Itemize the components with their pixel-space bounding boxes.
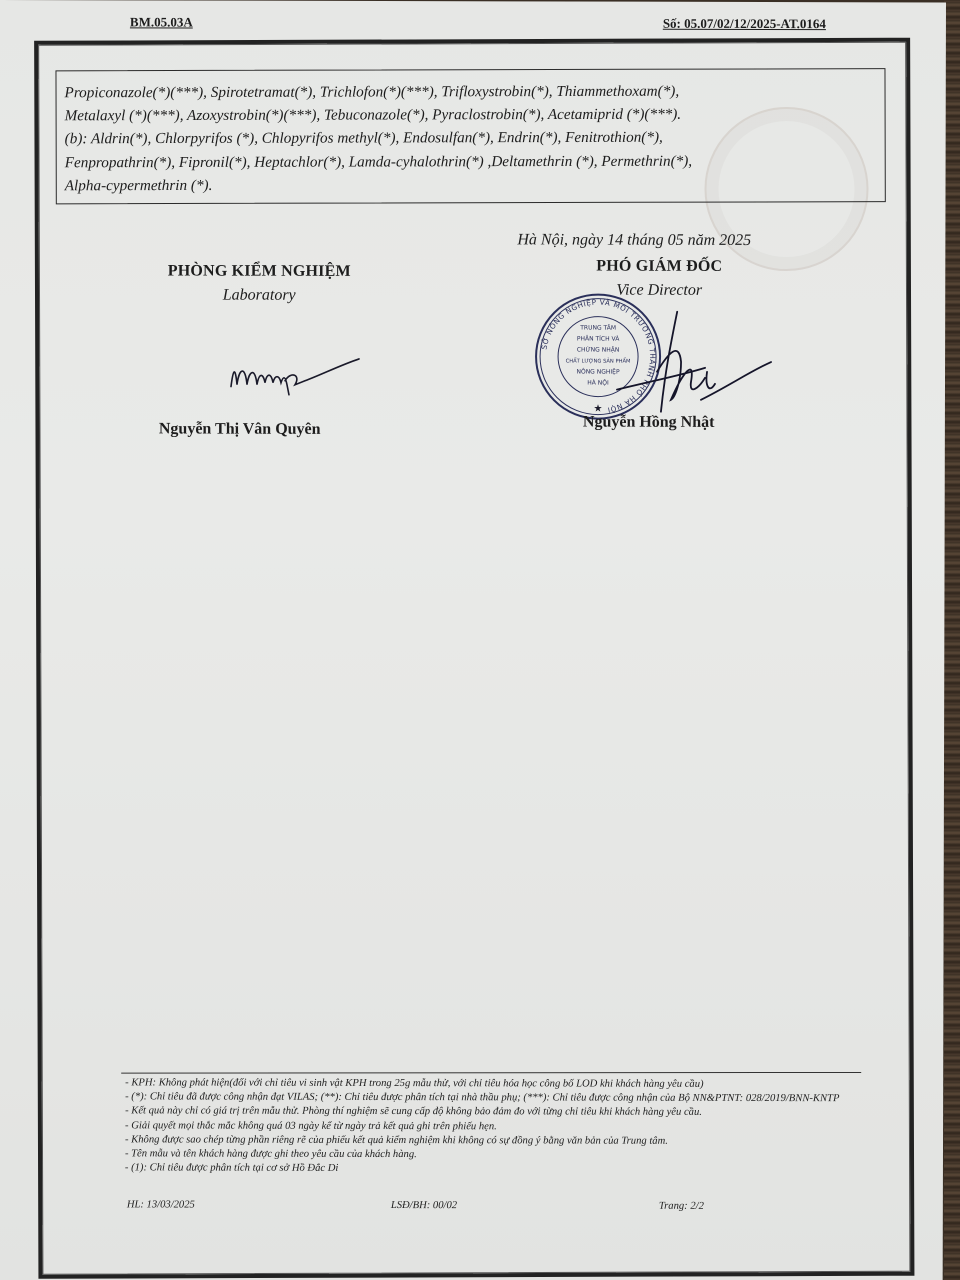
effective-date: HL: 13/03/2025: [127, 1199, 195, 1210]
wooden-surface: [944, 0, 960, 1280]
signer-name: Nguyễn Hồng Nhật: [583, 414, 715, 432]
footer-note: - (1): Chỉ tiêu được phân tích tại cơ sở…: [125, 1162, 865, 1178]
document-page: BM.05.03A Số: 05.07/02/12/2025-AT.0164 P…: [0, 0, 946, 1280]
page-number: Trang: 2/2: [659, 1201, 704, 1212]
seal-line: HÀ NỘI: [587, 380, 609, 387]
document-header: BM.05.03A Số: 05.07/02/12/2025-AT.0164: [130, 14, 826, 32]
notes-line: (b): Aldrin(*), Chlorpyrifos (*), Chlopy…: [65, 126, 877, 151]
signature-block-laboratory: PHÒNG KIỂM NGHIỆM Laboratory: [139, 262, 379, 305]
handwritten-signature-left: [225, 351, 365, 401]
handwritten-signature-right: [609, 302, 779, 422]
signer-name: Nguyễn Thị Vân Quyên: [159, 420, 321, 438]
footer-note: - Kết quả này chỉ có giá trị trên mẫu th…: [125, 1105, 865, 1121]
footer-notes: - KPH: Không phát hiện(đối với chỉ tiêu …: [125, 1076, 865, 1177]
signer-title: PHÒNG KIỂM NGHIỆM: [139, 262, 379, 281]
notes-line: Propiconazole(*)(***), Spirotetramat(*),…: [64, 79, 876, 104]
notes-line: Fenpropathrin(*), Fipronil(*), Heptachlo…: [65, 149, 877, 174]
form-code: BM.05.03A: [130, 14, 193, 30]
report-number: Số: 05.07/02/12/2025-AT.0164: [663, 16, 826, 32]
place-date: Hà Nội, ngày 14 tháng 05 năm 2025: [517, 231, 751, 250]
analyte-notes-box: Propiconazole(*)(***), Spirotetramat(*),…: [55, 68, 885, 204]
notes-line: Metalaxyl (*)(***), Azoxystrobin(*)(***)…: [65, 102, 877, 127]
signer-title: PHÓ GIÁM ĐỐC: [539, 257, 779, 276]
notes-line: Alpha-cypermethrin (*).: [65, 172, 877, 197]
revision: LSĐ/BH: 00/02: [391, 1200, 457, 1211]
signer-subtitle: Laboratory: [139, 286, 379, 305]
